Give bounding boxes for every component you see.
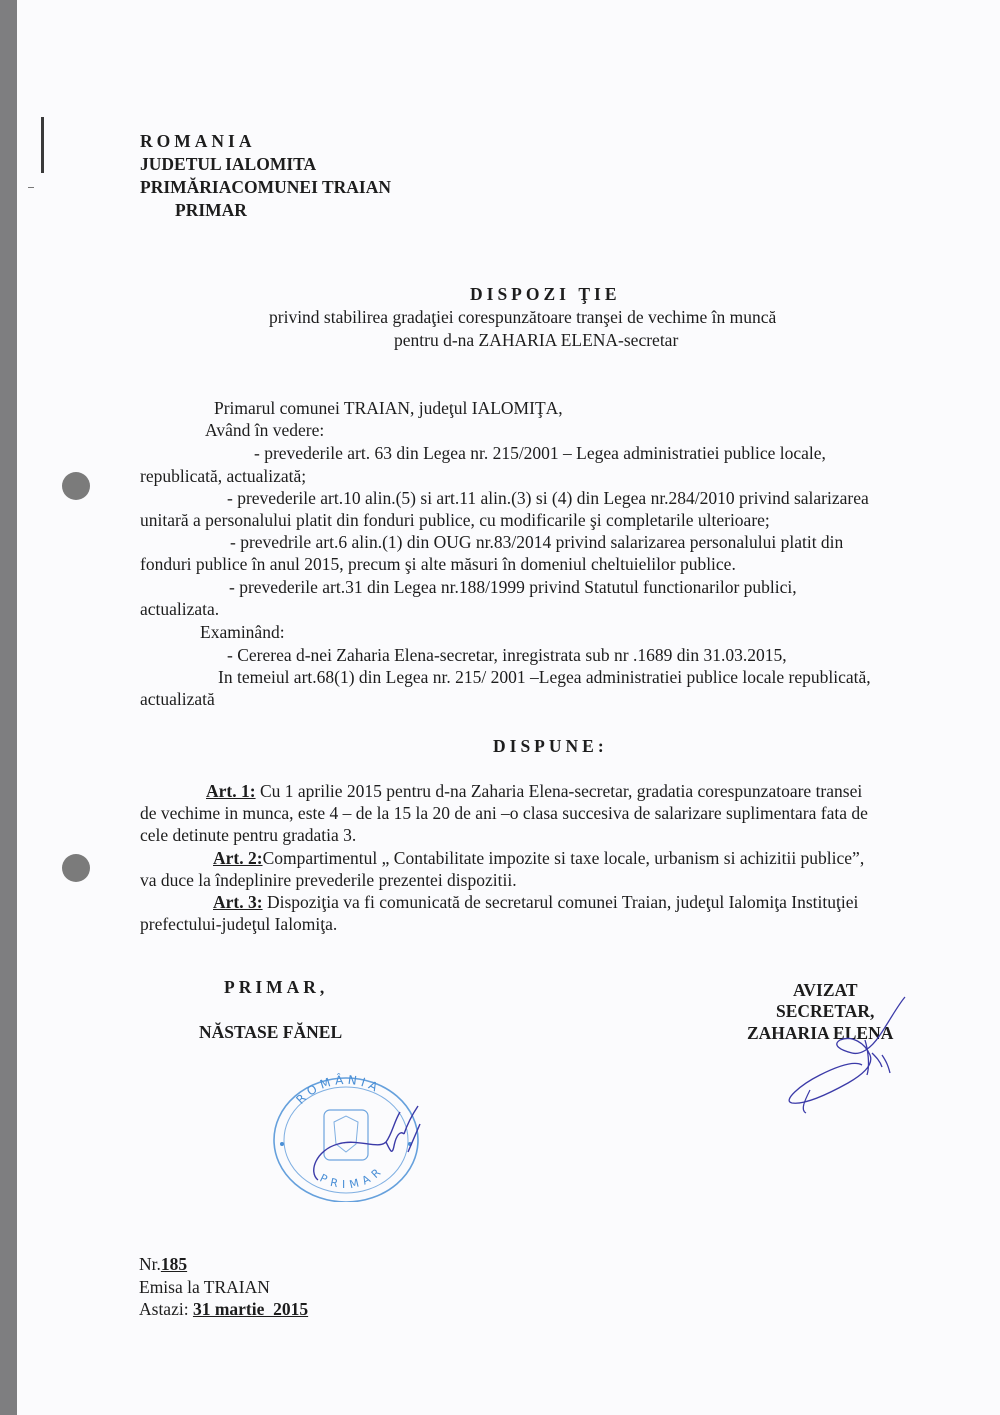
date-value: 31 martie 2015 <box>193 1299 308 1319</box>
provision-line: unitară a personalului platit din fondur… <box>140 509 770 531</box>
stamp-top-text: ROMÂNIA <box>293 1072 383 1107</box>
mayor-name: NĂSTASE FĂNEL <box>199 1021 342 1043</box>
article-2: Art. 2:Compartimentul „ Contabilitate im… <box>213 847 864 869</box>
number-line: Nr.185 <box>139 1253 187 1275</box>
issued-line: Emisa la TRAIAN <box>139 1276 270 1298</box>
request-line: - Cererea d-nei Zaharia Elena-secretar, … <box>227 644 787 666</box>
article-1: Art. 1: Cu 1 aprilie 2015 pentru d-na Za… <box>206 780 862 802</box>
number-value: 185 <box>161 1254 187 1274</box>
article-text: Cu 1 aprilie 2015 pentru d-na Zaharia El… <box>260 781 862 801</box>
examining-label: Examinând: <box>200 621 285 643</box>
legal-basis-line: actualizată <box>140 688 215 710</box>
official-stamp: ROMÂNIA PRIMAR <box>268 1072 424 1202</box>
provision-line: fonduri publice în anul 2015, precum şi … <box>140 553 736 575</box>
article-text: va duce la îndeplinire prevederile preze… <box>140 869 517 891</box>
mayor-title: PRIMAR, <box>224 976 328 998</box>
article-text: cele detinute pentru gradatia 3. <box>140 824 356 846</box>
document-title: DISPOZI ŢIE <box>470 283 621 305</box>
article-text: de vechime in munca, este 4 – de la 15 l… <box>140 802 868 824</box>
article-text: Dispoziţia va fi comunicată de secretaru… <box>267 892 858 912</box>
issuer-line: Primarul comunei TRAIAN, judeţul IALOMIŢ… <box>214 397 563 419</box>
scan-mark <box>28 187 34 188</box>
header-county: JUDETUL IALOMITA <box>140 153 316 175</box>
date-line: Astazi: 31 martie 2015 <box>139 1298 308 1320</box>
svg-text:PRIMAR: PRIMAR <box>318 1163 387 1191</box>
subject-line: pentru d-na ZAHARIA ELENA-secretar <box>394 329 678 351</box>
number-label: Nr. <box>139 1254 161 1274</box>
provision-line: - prevederile art.10 alin.(5) si art.11 … <box>227 487 869 509</box>
binder-mark <box>41 117 44 173</box>
legal-basis-line: In temeiul art.68(1) din Legea nr. 215/ … <box>218 666 871 688</box>
provision-line: - prevederile art.31 din Legea nr.188/19… <box>229 576 797 598</box>
considering-label: Având în vedere: <box>205 419 324 441</box>
article-text: prefectului-judeţul Ialomiţa. <box>140 913 337 935</box>
secretary-signature <box>770 995 910 1115</box>
article-label: Art. 2: <box>213 848 263 868</box>
provision-line: actualizata. <box>140 598 219 620</box>
provision-line: republicată, actualizată; <box>140 465 306 487</box>
date-label: Astazi: <box>139 1299 189 1319</box>
provision-line: - prevederile art. 63 din Legea nr. 215/… <box>254 442 826 464</box>
punch-hole <box>62 854 90 882</box>
header-office: PRIMAR <box>175 199 247 221</box>
subject-line: privind stabilirea gradaţiei corespunzăt… <box>269 306 776 328</box>
stamp-bottom-text: PRIMAR <box>318 1163 387 1191</box>
article-label: Art. 1: <box>206 781 256 801</box>
article-text: Compartimentul „ Contabilitate impozite … <box>263 848 865 868</box>
decision-heading: DISPUNE: <box>493 735 608 757</box>
scan-edge <box>0 0 17 1415</box>
provision-line: - prevedrile art.6 alin.(1) din OUG nr.8… <box>230 531 843 553</box>
article-3: Art. 3: Dispoziţia va fi comunicată de s… <box>213 891 858 913</box>
header-country: ROMANIA <box>140 130 256 152</box>
article-label: Art. 3: <box>213 892 263 912</box>
punch-hole <box>62 472 90 500</box>
svg-text:ROMÂNIA: ROMÂNIA <box>293 1072 383 1107</box>
header-town-hall: PRIMĂRIACOMUNEI TRAIAN <box>140 176 391 198</box>
